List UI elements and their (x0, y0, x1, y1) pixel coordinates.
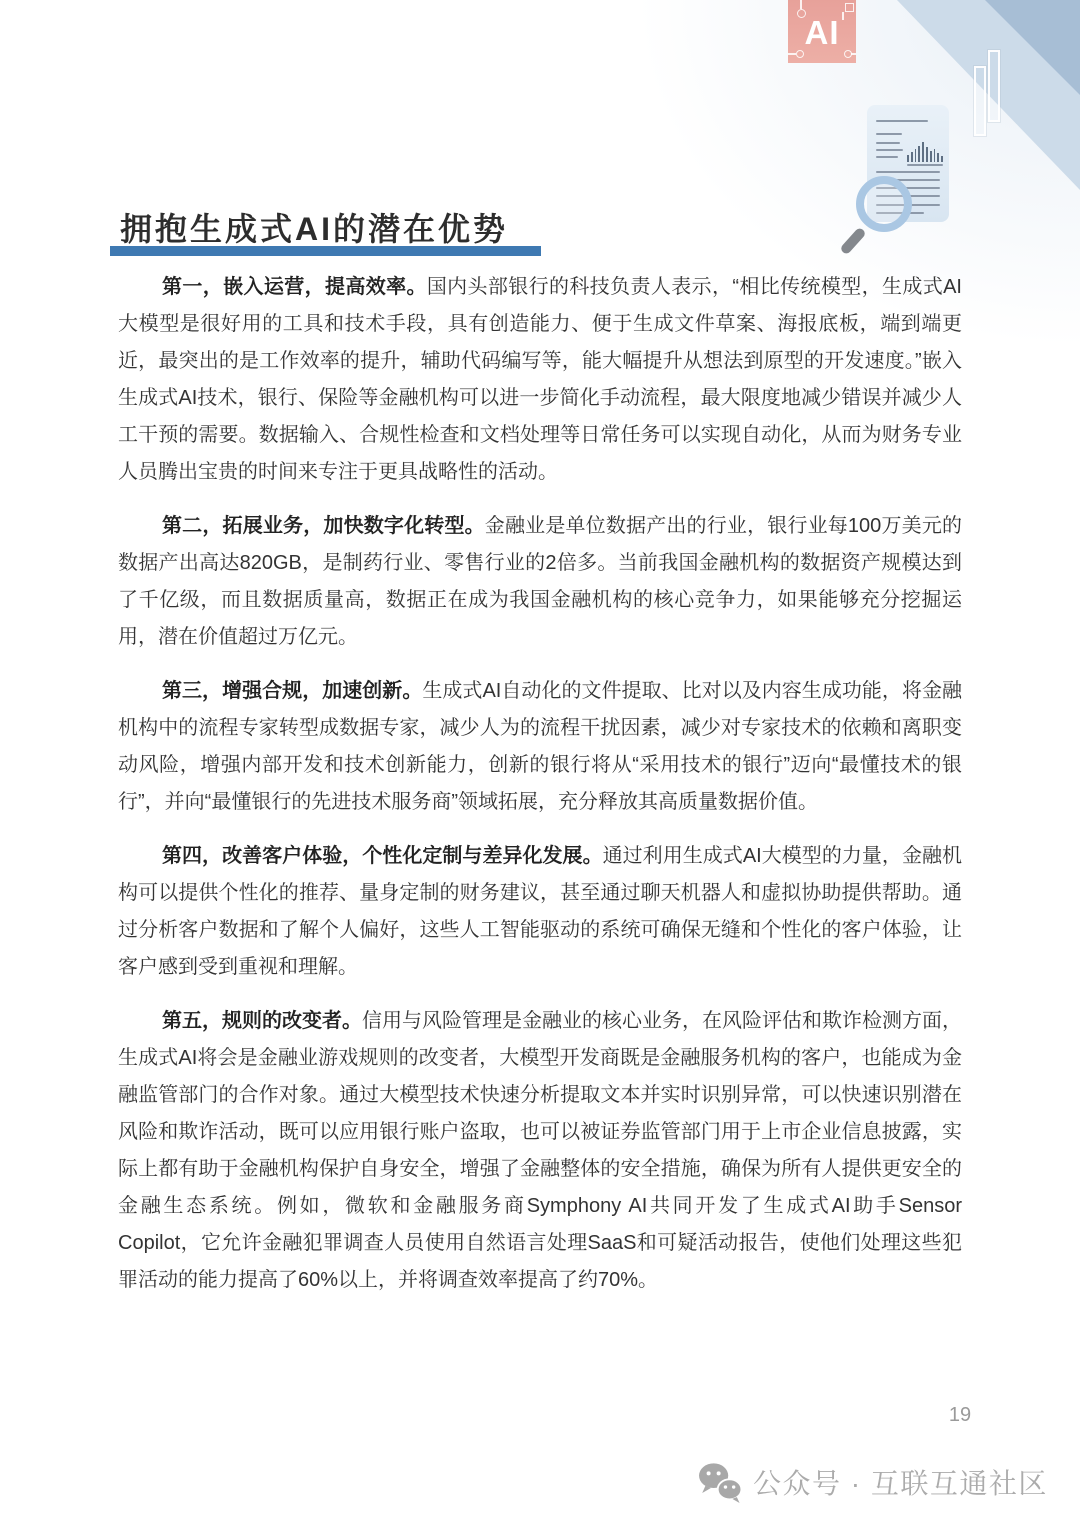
circuit-node-icon (797, 9, 806, 18)
footer-watermark: 公众号 · 互联互通社区 (697, 1458, 1048, 1506)
magnifier-icon (856, 176, 912, 232)
decorative-bar (974, 66, 986, 136)
paragraph-text: 国内头部银行的科技负责人表示，“相比传统模型，生成式AI大模型是很好用的工具和技… (118, 276, 962, 483)
ai-badge: AI (788, 0, 856, 63)
wechat-icon (697, 1462, 743, 1503)
paragraph-lead: 第三，增强合规，加速创新。 (162, 680, 422, 702)
circuit-node-icon (844, 50, 852, 58)
article-body: 第一，嵌入运营，提高效率。国内头部银行的科技负责人表示，“相比传统模型，生成式A… (118, 269, 962, 1316)
circuit-trace (842, 12, 844, 20)
paragraph: 第五，规则的改变者。信用与风险管理是金融业的核心业务，在风险评估和欺诈检测方面，… (118, 1003, 962, 1299)
paragraph-text: 信用与风险管理是金融业的核心业务，在风险评估和欺诈检测方面，生成式AI将会是金融… (118, 1010, 962, 1291)
document-illustration (840, 100, 965, 265)
paragraph: 第四，改善客户体验，个性化定制与差异化发展。通过利用生成式AI大模型的力量，金融… (118, 838, 962, 986)
title-accent-bar (110, 246, 541, 256)
circuit-trace (788, 53, 796, 55)
page-title: 拥抱生成式AI的潜在优势 (120, 204, 508, 250)
paragraph: 第三，增强合规，加速创新。生成式AI自动化的文件提取、比对以及内容生成功能，将金… (118, 673, 962, 821)
paragraph: 第一，嵌入运营，提高效率。国内头部银行的科技负责人表示，“相比传统模型，生成式A… (118, 269, 962, 491)
page-number: 19 (940, 1404, 980, 1427)
paragraph-lead: 第四，改善客户体验，个性化定制与差异化发展。 (162, 845, 603, 867)
circuit-node-icon (845, 3, 854, 12)
ai-badge-label: AI (805, 14, 840, 49)
watermark-label: 公众号 · 互联互通社区 (753, 1462, 1048, 1502)
decorative-bar (988, 50, 1000, 122)
paragraph: 第二，拓展业务，加快数字化转型。金融业是单位数据产出的行业，银行业每100万美元… (118, 508, 962, 656)
magnifier-handle (839, 227, 867, 256)
circuit-trace (851, 53, 856, 55)
paragraph-lead: 第一，嵌入运营，提高效率。 (162, 276, 427, 298)
bar-chart-icon (907, 138, 943, 162)
circuit-node-icon (796, 50, 804, 58)
paragraph-lead: 第五，规则的改变者。 (162, 1010, 362, 1032)
document-icon (867, 105, 949, 222)
circuit-trace (800, 0, 802, 9)
report-page: { "page": { "title": "拥抱生成式AI的潜在优势", "pa… (0, 0, 1080, 1527)
paragraph-lead: 第二，拓展业务，加快数字化转型。 (162, 515, 485, 537)
